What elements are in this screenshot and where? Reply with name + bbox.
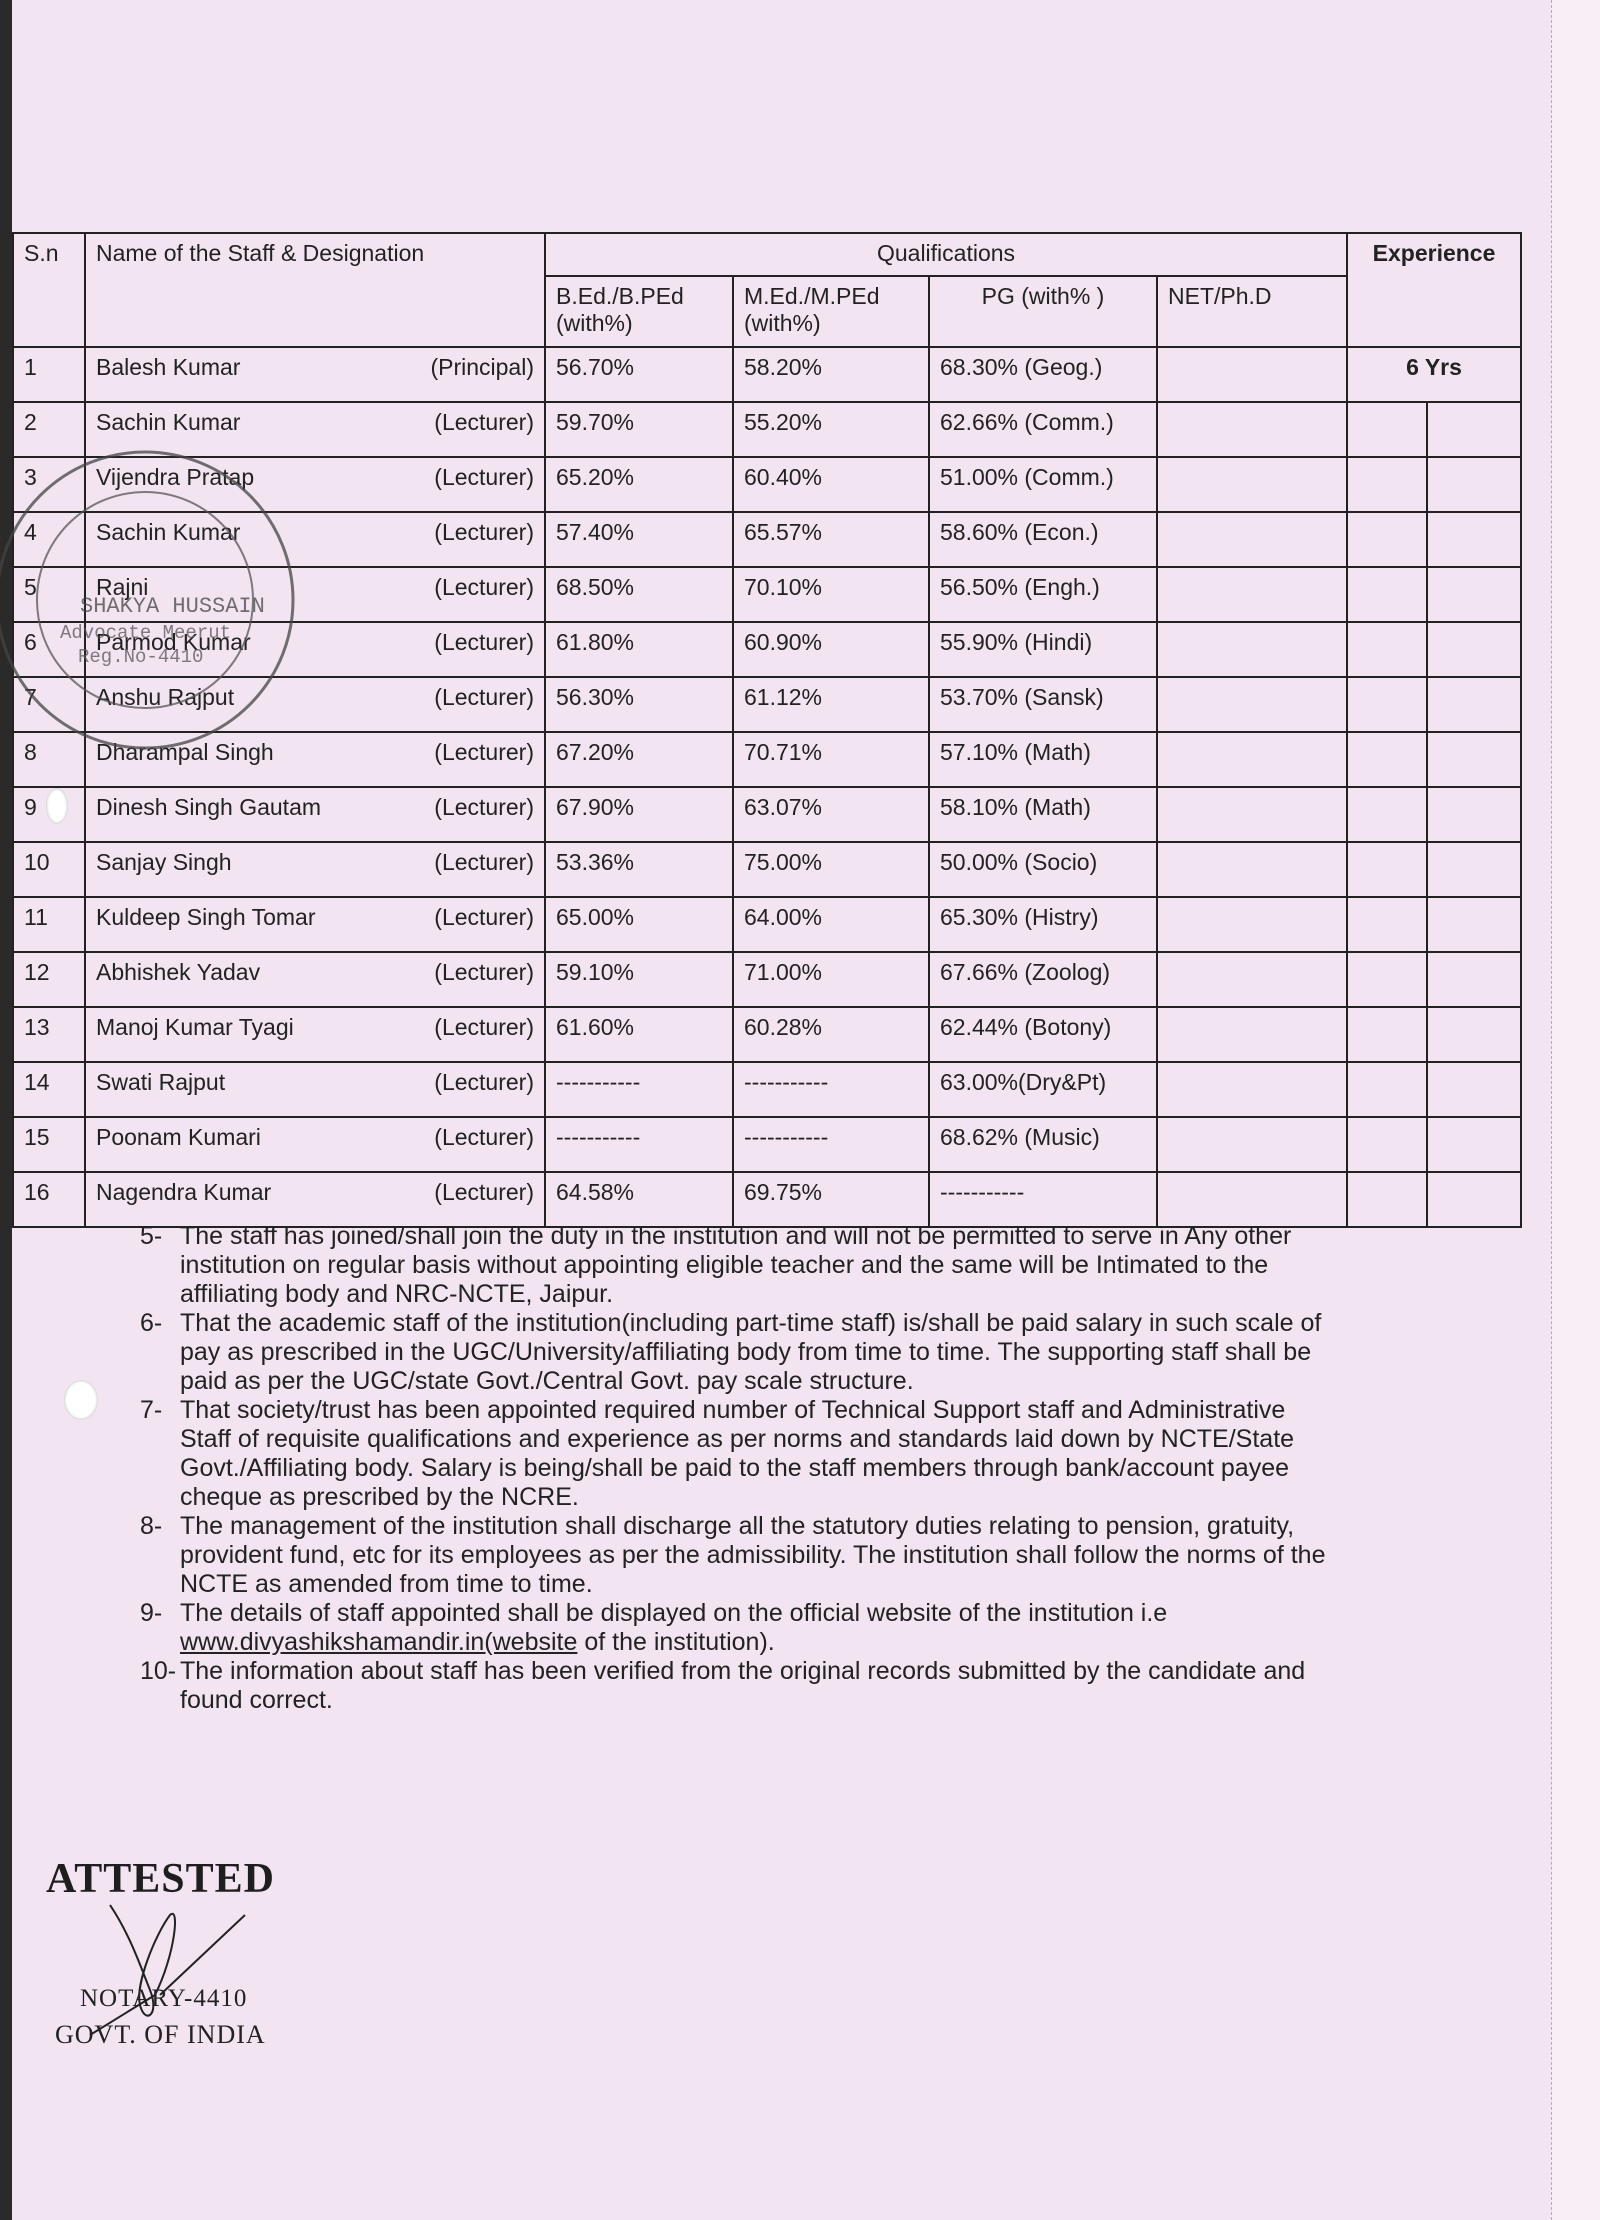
table-row: 4Sachin Kumar(Lecturer)57.40%65.57%58.60… (13, 512, 1521, 567)
table-row: 2Sachin Kumar(Lecturer)59.70%55.20%62.66… (13, 402, 1521, 457)
header-bed: B.Ed./B.PEd (with%) (545, 276, 733, 347)
header-sn: S.n (13, 233, 85, 347)
table-row: 16Nagendra Kumar(Lecturer)64.58%69.75%--… (13, 1172, 1521, 1227)
cell-sn: 10 (13, 842, 85, 897)
signature-icon (60, 1895, 280, 2035)
cell-experience (1347, 1117, 1427, 1172)
header-net: NET/Ph.D (1157, 276, 1347, 347)
cell-sn: 5 (13, 567, 85, 622)
staff-table-body: 1Balesh Kumar(Principal)56.70%58.20%68.3… (13, 347, 1521, 1227)
cell-experience: 6 Yrs (1347, 347, 1521, 402)
cell-pg: 62.44% (Botony) (929, 1007, 1157, 1062)
cell-sn: 2 (13, 402, 85, 457)
clause-text: That the academic staff of the instituti… (180, 1309, 1321, 1395)
cell-pg: 55.90% (Hindi) (929, 622, 1157, 677)
cell-experience (1347, 512, 1427, 567)
cell-name-designation: Dharampal Singh(Lecturer) (85, 732, 545, 787)
cell-pg: 68.62% (Music) (929, 1117, 1157, 1172)
punch-hole (46, 788, 68, 824)
cell-bed: 57.40% (545, 512, 733, 567)
cell-experience (1347, 952, 1427, 1007)
cell-sn: 16 (13, 1172, 85, 1227)
clause-number: 5- (140, 1222, 162, 1251)
cell-experience-extra (1427, 567, 1521, 622)
cell-pg: 68.30% (Geog.) (929, 347, 1157, 402)
cell-net (1157, 1172, 1347, 1227)
cell-experience-extra (1427, 1172, 1521, 1227)
cell-net (1157, 347, 1347, 402)
cell-bed: ----------- (545, 1117, 733, 1172)
staff-designation: (Lecturer) (434, 1014, 534, 1041)
cell-experience (1347, 677, 1427, 732)
cell-sn: 3 (13, 457, 85, 512)
staff-designation: (Lecturer) (434, 519, 534, 546)
staff-designation: (Lecturer) (434, 409, 534, 436)
staff-qualification-table: S.n Name of the Staff & Designation Qual… (12, 232, 1522, 1228)
punch-hole (64, 1380, 98, 1420)
cell-name-designation: Manoj Kumar Tyagi(Lecturer) (85, 1007, 545, 1062)
staff-name: Sachin Kumar (96, 409, 240, 436)
staff-designation: (Lecturer) (434, 1124, 534, 1151)
cell-experience-extra (1427, 842, 1521, 897)
cell-bed: 68.50% (545, 567, 733, 622)
cell-bed: 64.58% (545, 1172, 733, 1227)
cell-med: 65.57% (733, 512, 929, 567)
cell-net (1157, 1062, 1347, 1117)
cell-med: ----------- (733, 1062, 929, 1117)
cell-name-designation: Rajni(Lecturer) (85, 567, 545, 622)
cell-name-designation: Dinesh Singh Gautam(Lecturer) (85, 787, 545, 842)
staff-name: Parmod Kumar (96, 629, 251, 656)
cell-bed: 65.20% (545, 457, 733, 512)
declaration-clause: 6-That the academic staff of the institu… (140, 1309, 1340, 1396)
header-pg: PG (with% ) (929, 276, 1157, 347)
cell-bed: 59.10% (545, 952, 733, 1007)
cell-med: 60.40% (733, 457, 929, 512)
cell-pg: 51.00% (Comm.) (929, 457, 1157, 512)
cell-bed: 59.70% (545, 402, 733, 457)
cell-name-designation: Sachin Kumar(Lecturer) (85, 512, 545, 567)
cell-sn: 1 (13, 347, 85, 402)
header-experience: Experience (1347, 233, 1521, 347)
cell-bed: 56.30% (545, 677, 733, 732)
cell-net (1157, 402, 1347, 457)
cell-med: 61.12% (733, 677, 929, 732)
staff-designation: (Lecturer) (434, 1069, 534, 1096)
cell-bed: 61.80% (545, 622, 733, 677)
staff-designation: (Lecturer) (434, 849, 534, 876)
cell-name-designation: Anshu Rajput(Lecturer) (85, 677, 545, 732)
table-row: 13Manoj Kumar Tyagi(Lecturer)61.60%60.28… (13, 1007, 1521, 1062)
cell-net (1157, 1117, 1347, 1172)
table-row: 7Anshu Rajput(Lecturer)56.30%61.12%53.70… (13, 677, 1521, 732)
cell-med: 70.10% (733, 567, 929, 622)
cell-bed: 67.90% (545, 787, 733, 842)
staff-name: Dharampal Singh (96, 739, 274, 766)
clause-number: 8- (140, 1512, 162, 1541)
cell-net (1157, 787, 1347, 842)
cell-bed: 65.00% (545, 897, 733, 952)
cell-experience (1347, 1062, 1427, 1117)
cell-sn: 4 (13, 512, 85, 567)
cell-med: 63.07% (733, 787, 929, 842)
declaration-clause: 5-The staff has joined/shall join the du… (140, 1222, 1340, 1309)
cell-sn: 11 (13, 897, 85, 952)
staff-designation: (Lecturer) (434, 904, 534, 931)
cell-pg: 58.10% (Math) (929, 787, 1157, 842)
cell-net (1157, 952, 1347, 1007)
table-row: 10Sanjay Singh(Lecturer)53.36%75.00%50.0… (13, 842, 1521, 897)
cell-name-designation: Balesh Kumar(Principal) (85, 347, 545, 402)
table-row: 1Balesh Kumar(Principal)56.70%58.20%68.3… (13, 347, 1521, 402)
staff-name: Manoj Kumar Tyagi (96, 1014, 294, 1041)
cell-med: 58.20% (733, 347, 929, 402)
cell-net (1157, 567, 1347, 622)
table-row: 9Dinesh Singh Gautam(Lecturer)67.90%63.0… (13, 787, 1521, 842)
table-row: 6Parmod Kumar(Lecturer)61.80%60.90%55.90… (13, 622, 1521, 677)
cell-sn: 7 (13, 677, 85, 732)
staff-name: Kuldeep Singh Tomar (96, 904, 316, 931)
staff-name: Sanjay Singh (96, 849, 232, 876)
cell-sn: 14 (13, 1062, 85, 1117)
cell-name-designation: Parmod Kumar(Lecturer) (85, 622, 545, 677)
cell-experience (1347, 402, 1427, 457)
cell-net (1157, 1007, 1347, 1062)
header-qualifications: Qualifications (545, 233, 1347, 276)
cell-net (1157, 457, 1347, 512)
header-med: M.Ed./M.PEd (with%) (733, 276, 929, 347)
cell-experience (1347, 732, 1427, 787)
staff-designation: (Lecturer) (434, 1179, 534, 1206)
staff-designation: (Lecturer) (434, 739, 534, 766)
cell-med: 55.20% (733, 402, 929, 457)
clause-text: The staff has joined/shall join the duty… (180, 1222, 1291, 1308)
cell-experience (1347, 1172, 1427, 1227)
cell-sn: 8 (13, 732, 85, 787)
cell-sn: 15 (13, 1117, 85, 1172)
cell-sn: 6 (13, 622, 85, 677)
cell-pg: 50.00% (Socio) (929, 842, 1157, 897)
cell-experience (1347, 567, 1427, 622)
table-row: 11Kuldeep Singh Tomar(Lecturer)65.00%64.… (13, 897, 1521, 952)
cell-experience-extra (1427, 622, 1521, 677)
cell-pg: 62.66% (Comm.) (929, 402, 1157, 457)
cell-bed: 61.60% (545, 1007, 733, 1062)
cell-experience-extra (1427, 677, 1521, 732)
cell-net (1157, 842, 1347, 897)
table-row: 12Abhishek Yadav(Lecturer)59.10%71.00%67… (13, 952, 1521, 1007)
cell-name-designation: Abhishek Yadav(Lecturer) (85, 952, 545, 1007)
cell-experience-extra (1427, 897, 1521, 952)
staff-designation: (Lecturer) (434, 629, 534, 656)
cell-med: 64.00% (733, 897, 929, 952)
cell-experience (1347, 622, 1427, 677)
clause-text: The details of staff appointed shall be … (180, 1599, 1167, 1627)
clause-number: 7- (140, 1396, 162, 1425)
cell-pg: 63.00%(Dry&Pt) (929, 1062, 1157, 1117)
staff-designation: (Lecturer) (434, 794, 534, 821)
cell-name-designation: Poonam Kumari(Lecturer) (85, 1117, 545, 1172)
cell-pg: 65.30% (Histry) (929, 897, 1157, 952)
notary-number: NOTARY-4410 (80, 1985, 247, 2013)
cell-experience-extra (1427, 1007, 1521, 1062)
table-row: 8Dharampal Singh(Lecturer)67.20%70.71%57… (13, 732, 1521, 787)
cell-experience (1347, 842, 1427, 897)
cell-name-designation: Nagendra Kumar(Lecturer) (85, 1172, 545, 1227)
clause-text: The management of the institution shall … (180, 1512, 1325, 1598)
cell-experience (1347, 897, 1427, 952)
declaration-clauses: 5-The staff has joined/shall join the du… (140, 1222, 1340, 1715)
clause-text: of the institution). (584, 1628, 774, 1656)
declaration-clause: 7-That society/trust has been appointed … (140, 1396, 1340, 1512)
clause-number: 10- (140, 1657, 176, 1686)
cell-bed: ----------- (545, 1062, 733, 1117)
page-fold-edge (1551, 0, 1600, 2220)
clause-number: 6- (140, 1309, 162, 1338)
cell-name-designation: Kuldeep Singh Tomar(Lecturer) (85, 897, 545, 952)
cell-net (1157, 732, 1347, 787)
staff-designation: (Principal) (430, 354, 534, 381)
staff-name: Sachin Kumar (96, 519, 240, 546)
staff-name: Balesh Kumar (96, 354, 240, 381)
cell-pg: 53.70% (Sansk) (929, 677, 1157, 732)
cell-pg: 57.10% (Math) (929, 732, 1157, 787)
cell-sn: 13 (13, 1007, 85, 1062)
staff-name: Poonam Kumari (96, 1124, 261, 1151)
cell-bed: 67.20% (545, 732, 733, 787)
cell-med: 75.00% (733, 842, 929, 897)
cell-experience (1347, 787, 1427, 842)
staff-name: Dinesh Singh Gautam (96, 794, 321, 821)
cell-pg: 56.50% (Engh.) (929, 567, 1157, 622)
cell-med: 70.71% (733, 732, 929, 787)
declaration-clause: 8-The management of the institution shal… (140, 1512, 1340, 1599)
website-link[interactable]: www.divyashikshamandir.in(website (180, 1628, 577, 1656)
cell-pg: 67.66% (Zoolog) (929, 952, 1157, 1007)
staff-designation: (Lecturer) (434, 684, 534, 711)
declaration-clause: 9-The details of staff appointed shall b… (140, 1599, 1340, 1657)
scan-left-edge (0, 0, 12, 2220)
clause-number: 9- (140, 1599, 162, 1628)
cell-name-designation: Swati Rajput(Lecturer) (85, 1062, 545, 1117)
staff-designation: (Lecturer) (434, 959, 534, 986)
cell-experience-extra (1427, 952, 1521, 1007)
cell-med: ----------- (733, 1117, 929, 1172)
staff-name: Vijendra Pratap (96, 464, 254, 491)
cell-net (1157, 897, 1347, 952)
cell-name-designation: Vijendra Pratap(Lecturer) (85, 457, 545, 512)
cell-experience-extra (1427, 457, 1521, 512)
cell-pg: ----------- (929, 1172, 1157, 1227)
cell-experience-extra (1427, 512, 1521, 567)
staff-designation: (Lecturer) (434, 574, 534, 601)
clause-text: The information about staff has been ver… (180, 1657, 1305, 1714)
table-row: 14Swati Rajput(Lecturer)----------------… (13, 1062, 1521, 1117)
cell-pg: 58.60% (Econ.) (929, 512, 1157, 567)
cell-bed: 53.36% (545, 842, 733, 897)
cell-experience-extra (1427, 1117, 1521, 1172)
cell-experience (1347, 1007, 1427, 1062)
cell-name-designation: Sanjay Singh(Lecturer) (85, 842, 545, 897)
clause-text: That society/trust has been appointed re… (180, 1396, 1294, 1511)
cell-experience-extra (1427, 787, 1521, 842)
cell-sn: 12 (13, 952, 85, 1007)
table-row: 3Vijendra Pratap(Lecturer)65.20%60.40%51… (13, 457, 1521, 512)
cell-experience-extra (1427, 1062, 1521, 1117)
declaration-clause: 10-The information about staff has been … (140, 1657, 1340, 1715)
govt-of-india: GOVT. OF INDIA (55, 2020, 266, 2050)
staff-name: Nagendra Kumar (96, 1179, 271, 1206)
cell-net (1157, 512, 1347, 567)
cell-med: 60.28% (733, 1007, 929, 1062)
cell-experience (1347, 457, 1427, 512)
staff-name: Rajni (96, 574, 148, 601)
table-row: 15Poonam Kumari(Lecturer)---------------… (13, 1117, 1521, 1172)
cell-net (1157, 677, 1347, 732)
cell-med: 69.75% (733, 1172, 929, 1227)
header-name: Name of the Staff & Designation (85, 233, 545, 347)
cell-med: 71.00% (733, 952, 929, 1007)
cell-experience-extra (1427, 732, 1521, 787)
cell-bed: 56.70% (545, 347, 733, 402)
staff-designation: (Lecturer) (434, 464, 534, 491)
table-row: 5Rajni(Lecturer)68.50%70.10%56.50% (Engh… (13, 567, 1521, 622)
cell-med: 60.90% (733, 622, 929, 677)
cell-name-designation: Sachin Kumar(Lecturer) (85, 402, 545, 457)
staff-name: Swati Rajput (96, 1069, 225, 1096)
cell-net (1157, 622, 1347, 677)
staff-name: Anshu Rajput (96, 684, 234, 711)
cell-experience-extra (1427, 402, 1521, 457)
staff-name: Abhishek Yadav (96, 959, 260, 986)
